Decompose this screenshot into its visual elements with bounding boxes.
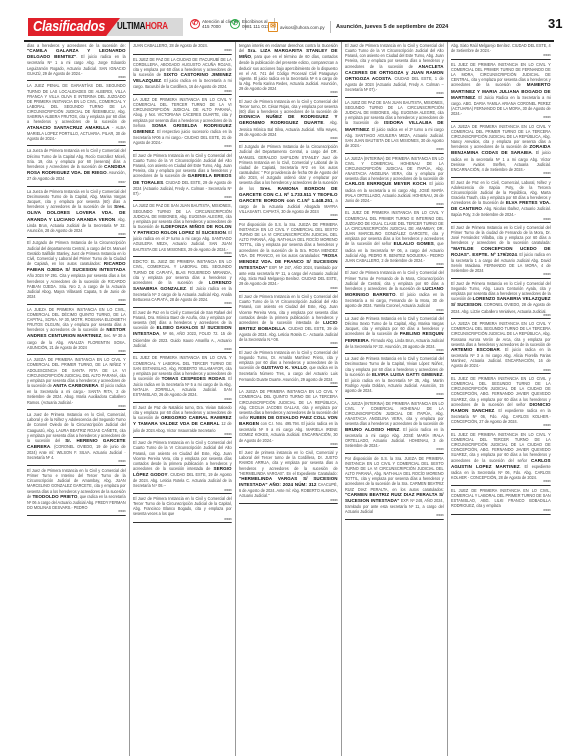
notice-code: R0026 [239, 342, 338, 345]
notice-text: Por disposición de S.S. la Sra. JUEZA DE… [345, 456, 444, 492]
legal-notice: LA JUEZ DE PAZ DE SAN JUAN BAUTISTA, MIS… [345, 99, 444, 154]
notice-code: R0026 [133, 90, 232, 93]
notice-text: días a herederos y acreedores de la suce… [27, 43, 126, 48]
contact-phone-value[interactable]: 415 7000 [202, 24, 221, 29]
notice-text: LA JUEZA DE PRIMERA INSTANCIA EN LO CIVI… [451, 321, 551, 347]
notice-code: R0026 [345, 203, 444, 206]
notice-code: R0026 [133, 398, 232, 401]
legal-notice: EL JUEZ DE PRIMERA INSTANCIA EN LO CIVIL… [133, 354, 232, 403]
notice-divider [451, 121, 551, 122]
notice-divider [27, 409, 126, 410]
notice-text: EL JUEZ DE PRIMERA INSTANCIA EN LO CIVIL… [345, 210, 444, 246]
notice-code: R0026 [133, 433, 232, 436]
notice-text: , para que en el término de 60 días, con… [239, 54, 338, 91]
notice-code: R0026 [345, 309, 444, 312]
notice-code: R0026 [27, 76, 126, 79]
notice-divider [345, 519, 444, 520]
notice-text: JUAN CABALLERO, 28 de Agosto de 2024. [133, 43, 208, 48]
contact-email: ✉ avisos@uhora.com.py [268, 21, 331, 33]
legal-notice: El Juez de Primera Instancia en lo Civil… [133, 152, 232, 202]
notice-divider [345, 267, 444, 268]
notice-text: Año 2024 Nº 291. Cita y emplaza por sese… [27, 273, 126, 299]
notice-divider [239, 386, 338, 387]
notice-divider [451, 278, 551, 279]
notice-code: R0026 [345, 349, 444, 352]
notice-divider [239, 347, 338, 348]
notice-divider [27, 80, 126, 81]
legal-notice: LA JUEZ DE PAZ DE SAN JUAN BAUTISTA, MIS… [133, 202, 232, 257]
notice-text: LA JUEZA (INTERINA) DE PRIMERA INSTANCIA… [345, 156, 444, 182]
legal-notice: LA JUEZA DE PRIMERA INSTANCIA EN LO CIVI… [451, 123, 551, 178]
legal-notice: EDICTO: EL JUEZ DE PRIMERA INSTANCIA EN … [133, 258, 232, 308]
legal-notice: JUAN CABALLERO, 28 de Agosto de 2024.R00… [133, 42, 232, 55]
notice-code: R0026 [27, 233, 126, 236]
notice-code: R0026 [345, 393, 444, 396]
legal-notice: LA JUEZ DE PRIMERA INSTANCIA EN LO CIVIL… [133, 96, 232, 151]
legal-notice: El Juez de Paz en lo Civil, Comercial, L… [451, 179, 551, 224]
notice-code: R0026 [133, 302, 232, 305]
legal-notice: El Juez de Paz en lo Civil y Comercial d… [133, 309, 232, 354]
legal-notice: El Juez de Primera Instancia en lo Civil… [133, 439, 232, 494]
notice-divider [239, 503, 338, 504]
notice-code: R0026 [451, 273, 551, 276]
legal-notice: LA JUEZA (INTERINA) DE PRIMERA INSTANCIA… [345, 400, 444, 454]
legal-notice: EL JUEZ DE PRIMERA INSTANCIA EN LO CIVIL… [451, 375, 551, 430]
notice-code: R0026 [451, 218, 551, 221]
legal-notice: El Juez de Primera Instancia en lo Civil… [451, 280, 551, 319]
notice-code: R0026 [345, 448, 444, 451]
legal-notice: LA JUEZA DE PRIMERA INSTANCIA EN LO CIVI… [239, 388, 338, 448]
legal-notice: El Juez de primera instancia en lo Civil… [239, 449, 338, 504]
notice-text: El Juez de Primera Instancia en lo Civil… [451, 225, 551, 245]
notice-divider [133, 256, 232, 257]
legal-notice: EL JUEZ DE PRIMERA INSTANCIA EN LO CIVIL… [345, 209, 444, 268]
contact-email-value[interactable]: avisos@uhora.com.py [280, 25, 325, 30]
notice-code: R0026 [27, 405, 126, 408]
notice-code: R0026 [133, 196, 232, 199]
notice-divider [239, 141, 338, 142]
legal-notice: El Juez de Primera Instancia en lo Civil… [239, 98, 338, 143]
legal-notice: El Juez de Primera Instancia en lo Civil… [451, 224, 551, 279]
legal-notice: tengan interés en reclamar derechos cont… [239, 42, 338, 97]
notice-text: El Juez de Primera Instancia en lo Civil… [133, 496, 232, 516]
notice-divider [133, 307, 232, 308]
notice-divider [451, 59, 551, 60]
page-header: Clasificados ULTIMAHORA ✆ Atención al cl… [0, 0, 580, 40]
notice-text: El Juez de Primera Instancia en lo Civil… [239, 99, 338, 114]
column-2: JUAN CABALLERO, 28 de Agosto de 2024.R00… [130, 42, 236, 756]
notice-code: R0026 [239, 137, 338, 140]
notice-divider [239, 219, 338, 220]
notice-divider [133, 150, 232, 151]
notice-divider [345, 353, 444, 354]
legal-notice: LA JUEZA DE PRIMERA INSTANCIA EN LO CIVI… [27, 306, 126, 356]
notice-code: R0026 [133, 252, 232, 255]
notice-code: R0026 [133, 518, 232, 521]
notice-code: R0026 [451, 172, 551, 175]
notice-code: R0026 [451, 480, 551, 483]
notice-code: R0026 [239, 443, 338, 446]
notice-divider [345, 453, 444, 454]
legal-notice: La Juez de Primera Instancia en lo Civil… [345, 355, 444, 399]
notice-divider [133, 54, 232, 55]
divider [330, 21, 331, 33]
notice-divider [27, 304, 126, 305]
legal-notice: La Juez de Primera Instancia en lo Civil… [27, 411, 126, 466]
notice-divider [451, 485, 551, 486]
legal-notice: El Juez de Primera Instancia en lo Civil… [27, 467, 126, 516]
legal-notice: El Juez de Primera Instancia en lo Civil… [345, 269, 444, 314]
notice-code: R0026 [451, 314, 551, 317]
notice-code: R0026 [239, 214, 338, 217]
legal-notice: La Juez de Primera Instancia en lo Civil… [345, 315, 444, 354]
notice-divider [27, 465, 126, 466]
logo-part-ultima: ULTIMA [117, 21, 145, 32]
notice-divider [239, 96, 338, 97]
notice-code: R0026 [451, 116, 551, 119]
column-4: El Juez de Primera Instancia en lo Civil… [342, 42, 448, 756]
notice-divider [27, 237, 126, 238]
notice-divider [133, 352, 232, 353]
notice-code: R0026 [345, 514, 444, 517]
legal-notice: El Juzgado de Primera Instancia de la Ci… [27, 239, 126, 304]
legal-notice: El Juzgado de Primera Instancia de la Ci… [239, 143, 338, 219]
legal-notice: LA JUEZA DE PRIMERA INSTANCIA EN LO CIVI… [27, 356, 126, 410]
notice-code: R0026 [345, 148, 444, 151]
contact-whatsapp-value[interactable]: 0981 111 013 [242, 24, 269, 29]
notice-code: R0026 [345, 92, 444, 95]
notice-divider [345, 313, 444, 314]
column-5: Abg. Sixto Raúl Melgarejo Benítez. CIUDA… [448, 42, 554, 756]
legal-notice: Por disposición de S.S. la Sra. JUEZA DE… [345, 455, 444, 520]
legal-notice: El Juez de Primera Instancia en lo Civil… [239, 349, 338, 387]
notice-code: R0026 [239, 287, 338, 290]
legal-notice: LA JUEZ PENAL DE GARANTÍAS DEL SEGUNDO T… [27, 82, 126, 146]
notice-divider [133, 402, 232, 403]
notice-code: R0026 [133, 145, 232, 148]
notice-divider [239, 447, 338, 448]
notice-code: R0026 [133, 348, 232, 351]
notice-code: R0026 [451, 369, 551, 372]
notice-divider [451, 514, 551, 515]
notice-divider [451, 222, 551, 223]
notice-code: R0026 [451, 509, 551, 512]
notice-divider [133, 522, 232, 523]
notice-divider [133, 493, 232, 494]
legal-notice: EL JUEZ DE PRIMERA INSTANCIA EN LO CIVIL… [451, 431, 551, 486]
column-3: tengan interés en reclamar derechos cont… [236, 42, 342, 756]
notice-divider [27, 354, 126, 355]
notice-divider [345, 153, 444, 154]
notice-divider [27, 145, 126, 146]
notice-text: EL JUEZ DE PRIMERA INSTANCIA EN LO CIVIL… [451, 488, 551, 508]
legal-notice: EL JUEZ DE PAZ DE LA CIUDAD DE ITACURUBÍ… [133, 56, 232, 95]
notice-text: El Juzgado de Primera Instancia de la Ci… [239, 144, 338, 190]
classifieds-columns: días a herederos y acreedores de la suce… [24, 42, 554, 756]
notice-code: R0026 [345, 263, 444, 266]
legal-notice: El Juez de Paz de Natalicio turno, Dra. … [133, 404, 232, 438]
notice-code: R0026 [239, 91, 338, 94]
notice-divider [451, 177, 551, 178]
notice-divider [239, 291, 338, 292]
envelope-icon: ✉ [268, 22, 278, 32]
legal-notice: LA JUEZA DE PRIMERA INSTANCIA EN LO CIVI… [451, 320, 551, 374]
notice-divider [133, 94, 232, 95]
notice-code: R0026 [27, 460, 126, 463]
notice-divider [451, 429, 551, 430]
legal-notice: Por disposición de S.S. la Sra. JUEZA DE… [239, 221, 338, 292]
notice-code: R0026 [27, 299, 126, 302]
legal-notice: EL JUEZ DE PRIMERA INSTANCIA EN LO CIVIL… [451, 61, 551, 122]
legal-notice: días a herederos y acreedores de la suce… [27, 42, 126, 81]
notice-text: El Juez de primera instancia en lo Civil… [239, 450, 338, 476]
notice-text: La Jueza de Primera Instancia en lo Civi… [27, 189, 126, 209]
notice-divider [133, 200, 232, 201]
notice-code: R0026 [27, 141, 126, 144]
notice-divider [27, 515, 126, 516]
notice-text: LA JUEZA (INTERINA) DE PRIMERA INSTANCIA… [345, 401, 444, 427]
notice-code: R0047 [27, 181, 126, 184]
notice-divider [451, 318, 551, 319]
legal-notice: El Juez de Primera Instancia en lo Civil… [133, 495, 232, 523]
publication-date: Asunción, jueves 5 de septiembre de 2024 [336, 24, 448, 30]
notice-divider [451, 373, 551, 374]
newspaper-logo: ULTIMAHORA [117, 21, 168, 33]
legal-notice: El Juez de Primera Instancia en lo Civil… [239, 293, 338, 348]
notice-divider [345, 398, 444, 399]
notice-text: LA JUEZ PENAL DE GARANTÍAS DEL SEGUNDO T… [27, 83, 126, 124]
notice-divider [27, 186, 126, 187]
phone-icon: ✆ [190, 19, 200, 29]
legal-notice: EL JUEZ DE PRIMERA INSTANCIA EN LO CIVIL… [451, 487, 551, 515]
section-title: Clasificados [33, 18, 105, 36]
notice-code: R0026 [451, 424, 551, 427]
legal-notice: Abg. Sixto Raúl Melgarejo Benítez. CIUDA… [451, 42, 551, 60]
whatsapp-icon: ✆ [230, 19, 240, 29]
notice-text: Por disposición de S.S. la Sra. JUEZA DE… [239, 222, 338, 258]
legal-notice: El Juez de Primera Instancia en lo Civil… [345, 42, 444, 98]
notice-code: R0026 [239, 499, 338, 502]
notice-text: Abg. Sixto Raúl Melgarejo Benítez. CIUDA… [451, 43, 551, 53]
column-1: días a herederos y acreedores de la suce… [24, 42, 130, 756]
notice-code: R0026 [27, 350, 126, 353]
legal-notice: LA JUEZA (INTERINA) DE PRIMERA INSTANCIA… [345, 155, 444, 209]
notice-code: R0026 [133, 489, 232, 492]
legal-notice: La Jueza de Primera Instancia en lo Civi… [27, 188, 126, 239]
legal-notice: La Jueza de Primera Instancia en lo Civi… [27, 147, 126, 186]
page-number: 31 [548, 16, 562, 31]
notice-code: R0026 [133, 49, 232, 52]
notice-code: R0026 [451, 54, 551, 57]
notice-divider [345, 97, 444, 98]
notice-code: R0026 [27, 510, 126, 513]
notice-divider [345, 207, 444, 208]
notice-divider [133, 437, 232, 438]
logo-part-hora: HORA [145, 21, 168, 32]
notice-code: R0026 [239, 382, 338, 385]
